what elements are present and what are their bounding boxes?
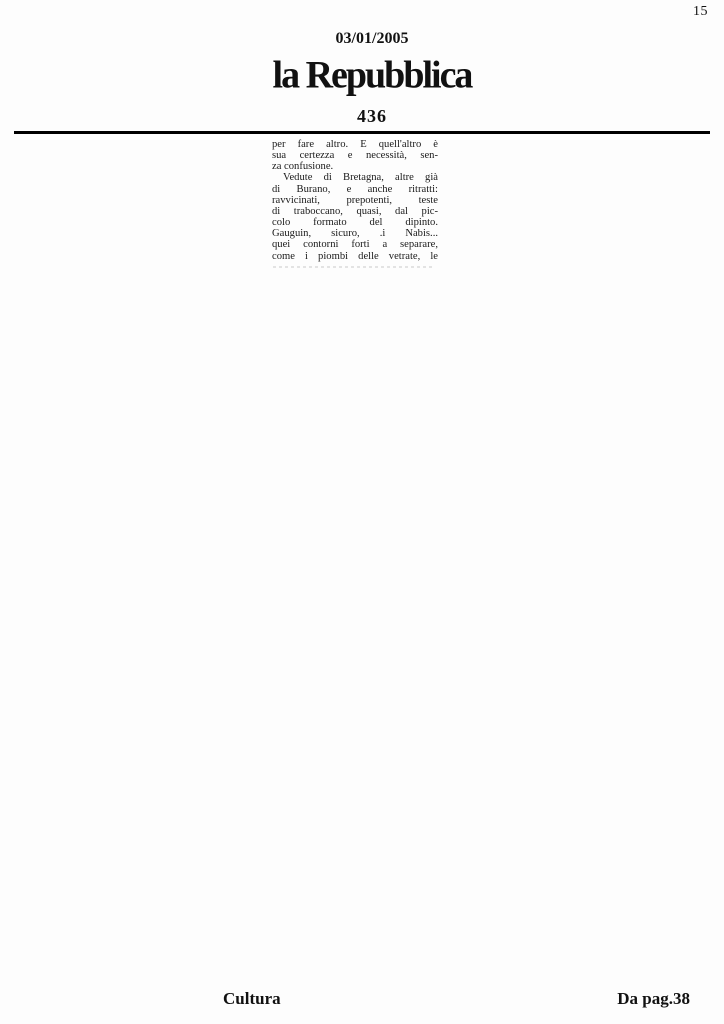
article-line: za confusione. bbox=[272, 161, 438, 172]
issue-date: 03/01/2005 bbox=[10, 30, 724, 48]
article-line: quei contorni forti a separare, bbox=[272, 239, 438, 250]
article-line: sua certezza e necessità, sen- bbox=[272, 150, 438, 161]
issue-number: 436 bbox=[10, 106, 724, 127]
newspaper-clipping-page: 15 03/01/2005 la Repubblica 436 per fare… bbox=[0, 0, 724, 1024]
article-line: colo formato del dipinto. bbox=[272, 217, 438, 228]
page-number: 15 bbox=[693, 4, 708, 20]
article-line: Vedute di Bretagna, altre già bbox=[272, 172, 438, 183]
article-line: per fare altro. E quell'altro è bbox=[272, 139, 438, 150]
cut-off-text-remnant bbox=[273, 266, 433, 268]
article-line: come i piombi delle vetrate, le bbox=[272, 251, 438, 262]
footer-section-label: Cultura bbox=[223, 989, 281, 1009]
article-line: ravvicinati, prepotenti, teste bbox=[272, 195, 438, 206]
article-line: di Burano, e anche ritratti: bbox=[272, 184, 438, 195]
article-line: di traboccano, quasi, dal pic- bbox=[272, 206, 438, 217]
article-line: Gauguin, sicuro, .i Nabis... bbox=[272, 228, 438, 239]
footer-from-page-label: Da pag.38 bbox=[617, 989, 690, 1009]
header-rule bbox=[14, 131, 710, 134]
masthead-la-repubblica: la Repubblica bbox=[10, 52, 724, 98]
article-column: per fare altro. E quell'altro è sua cert… bbox=[272, 139, 438, 262]
